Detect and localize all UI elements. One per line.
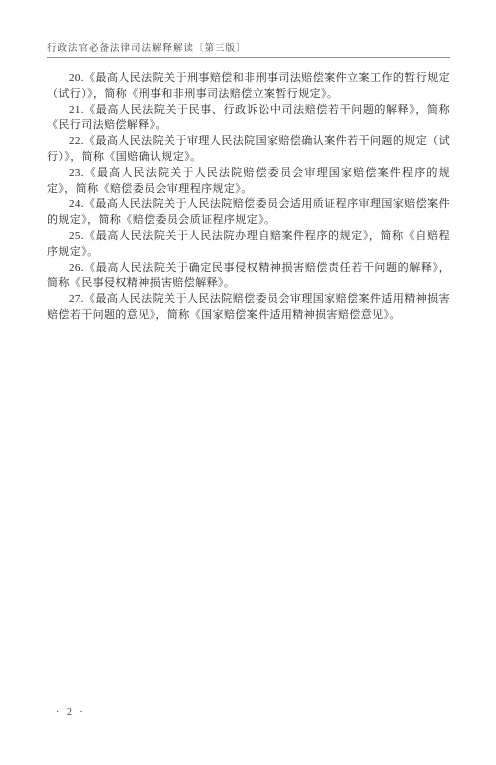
legal-item: 22.《最高人民法院关于审理人民法院国家赔偿确认案件若干问题的规定（试行）》，简… [47,134,450,166]
legal-item: 26.《最高人民法院关于确定民事侵权精神损害赔偿责任若干问题的解释》，简称《民事… [47,261,450,293]
legal-item: 20.《最高人民法院关于刑事赔偿和非刑事司法赔偿案件立案工作的暂行规定（试行）》… [47,71,450,103]
legal-item: 24.《最高人民法院关于人民法院赔偿委员会适用质证程序审理国家赔偿案件的规定》，… [47,197,450,229]
book-page: 行政法官必备法律司法解释解读〔第三版〕 20.《最高人民法院关于刑事赔偿和非刑事… [0,0,496,765]
running-header-title: 行政法官必备法律司法解释解读〔第三版〕 [47,40,450,54]
legal-item: 21.《最高人民法院关于民事、行政诉讼中司法赔偿若干问题的解释》，简称《民行司法… [47,103,450,135]
legal-item: 27.《最高人民法院关于人民法院赔偿委员会审理国家赔偿案件适用精神损害赔偿若干问… [47,292,450,324]
legal-item: 23.《最高人民法院关于人民法院赔偿委员会审理国家赔偿案件程序的规定》，简称《赔… [47,166,450,198]
legal-item: 25.《最高人民法院关于人民法院办理自赔案件程序的规定》，简称《自赔程序规定》。 [47,229,450,261]
header-rule-divider [47,57,450,58]
page-number: · 2 · [56,707,85,718]
judicial-interpretation-list: 20.《最高人民法院关于刑事赔偿和非刑事司法赔偿案件立案工作的暂行规定（试行）》… [47,71,450,324]
